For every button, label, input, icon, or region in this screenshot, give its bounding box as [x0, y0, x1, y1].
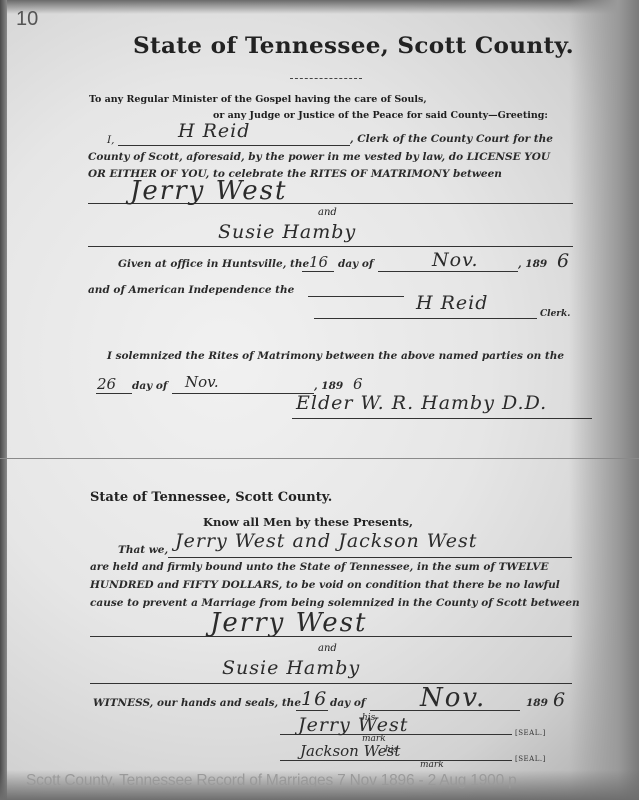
independence-text: and of American Independence the [88, 284, 294, 296]
obligors-line [168, 557, 572, 558]
signature-1-handwritten: Jerry West [298, 714, 408, 736]
clerk-of-court-text: , Clerk of the County Court for the [350, 133, 553, 145]
bond-bride-line [90, 683, 572, 684]
bond-groom-handwritten: Jerry West [210, 608, 367, 638]
witness-text: WITNESS, our hands and seals, the [93, 697, 301, 709]
given-year-digit-handwritten: 6 [557, 250, 570, 272]
officiant-signature-line [292, 418, 592, 419]
license-body-line-2: County of Scott, aforesaid, by the power… [88, 151, 550, 163]
scan-edge-left [0, 0, 7, 800]
scanned-document: 10 State of Tennessee, Scott County. To … [0, 0, 639, 800]
seal-label-2: [SEAL.] [515, 755, 546, 763]
witness-day-line [296, 710, 328, 711]
clerk-signature-line [314, 318, 537, 319]
clerk-name-handwritten: H Reid [178, 120, 250, 142]
bond-line-3: HUNDRED and FIFTY DOLLARS, to be void on… [90, 579, 560, 591]
that-we-text: That we, [118, 544, 168, 556]
bride-name-handwritten: Susie Hamby [218, 221, 356, 243]
clerk-prefix: I, [107, 134, 115, 146]
return-day-of-text: day of [132, 380, 167, 392]
officiant-signature-handwritten: Elder W. R. Hamby D.D. [296, 392, 547, 414]
obligors-handwritten: Jerry West and Jackson West [175, 530, 477, 552]
mark-below-2: mark [420, 760, 444, 770]
witness-year-printed: 189 [526, 697, 548, 709]
bond-subtitle: Know all Men by these Presents, [203, 515, 413, 529]
bride-line [88, 246, 573, 247]
independence-line [308, 296, 404, 297]
title-ornament [290, 75, 362, 79]
bond-and-label: and [318, 643, 337, 654]
witness-day-of-text: day of [330, 697, 365, 709]
clerk-name-line [118, 145, 350, 146]
return-month-handwritten: Nov. [185, 373, 219, 391]
page-number: 10 [16, 8, 38, 31]
return-day-line [96, 393, 132, 394]
solemnized-text: I solemnized the Rites of Matrimony betw… [107, 350, 564, 362]
bond-title: State of Tennessee, Scott County. [90, 490, 332, 505]
signature-line-2 [280, 760, 512, 761]
given-day-of-text: day of [338, 258, 373, 270]
seal-label-1: [SEAL.] [515, 729, 546, 737]
bond-bride-handwritten: Susie Hamby [222, 657, 360, 679]
return-month-line [172, 393, 314, 394]
witness-year-digit-handwritten: 6 [553, 689, 566, 711]
scan-edge-top [0, 0, 639, 14]
witness-day-handwritten: 16 [301, 688, 327, 710]
license-title: State of Tennessee, Scott County. [133, 33, 574, 59]
given-at-office-text: Given at office in Huntsville, the [118, 258, 309, 270]
return-year-printed: , 189 [314, 380, 343, 392]
given-month-line [378, 271, 518, 272]
return-day-handwritten: 26 [97, 375, 116, 393]
and-label: and [318, 207, 337, 218]
section-divider [0, 458, 639, 459]
given-day-line [302, 271, 334, 272]
groom-name-handwritten: Jerry West [130, 176, 287, 206]
clerk-signature-handwritten: H Reid [416, 292, 488, 314]
given-month-handwritten: Nov. [432, 249, 479, 271]
scan-edge-right [569, 0, 639, 800]
witness-month-handwritten: Nov. [420, 683, 486, 713]
given-year-printed: , 189 [518, 258, 547, 270]
given-day-handwritten: 16 [309, 253, 328, 271]
greeting-line-1: To any Regular Minister of the Gospel ha… [89, 94, 427, 105]
greeting-line-2: or any Judge or Justice of the Peace for… [213, 110, 548, 121]
return-year-digit-handwritten: 6 [353, 375, 363, 393]
clerk-label: Clerk. [540, 309, 570, 319]
signature-2-handwritten: Jackson West [300, 742, 400, 760]
record-caption: Scott County, Tennessee Record of Marria… [26, 772, 517, 790]
bond-line-2: are held and firmly bound unto the State… [90, 561, 548, 573]
